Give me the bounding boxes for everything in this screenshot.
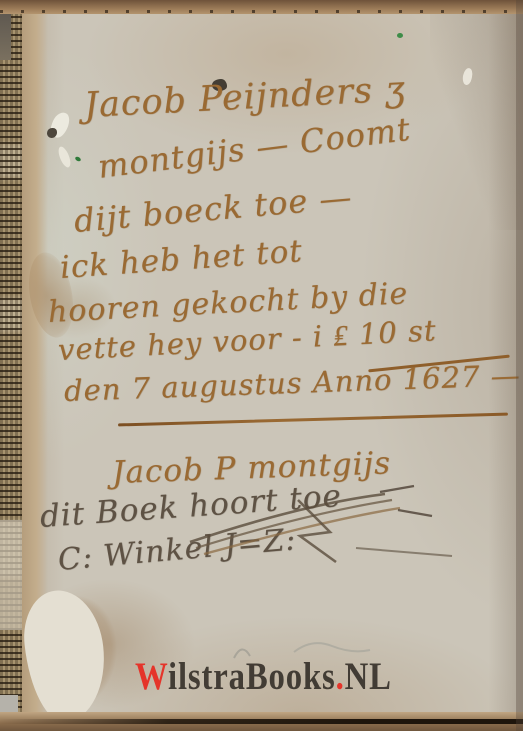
right-edge-shadow — [516, 0, 523, 731]
watermark-wilstrabooks: WilstraBooks.NL — [135, 654, 392, 699]
watermark-part: Books — [246, 655, 336, 698]
watermark-part: NL — [345, 655, 392, 698]
watermark-part: ilstra — [168, 655, 246, 698]
watermark-part: . — [336, 655, 345, 698]
bottom-shadow-line — [0, 719, 523, 724]
green-speck — [397, 33, 403, 38]
book-flyleaf-photo: Jacob Peijnders ʒ montgijs — Coomt dijt … — [0, 0, 523, 731]
corner-fold-shadow — [430, 0, 523, 230]
watermark-part: W — [135, 655, 168, 698]
crossout-scribble — [170, 470, 470, 570]
page-top-edge-specks — [0, 10, 523, 13]
